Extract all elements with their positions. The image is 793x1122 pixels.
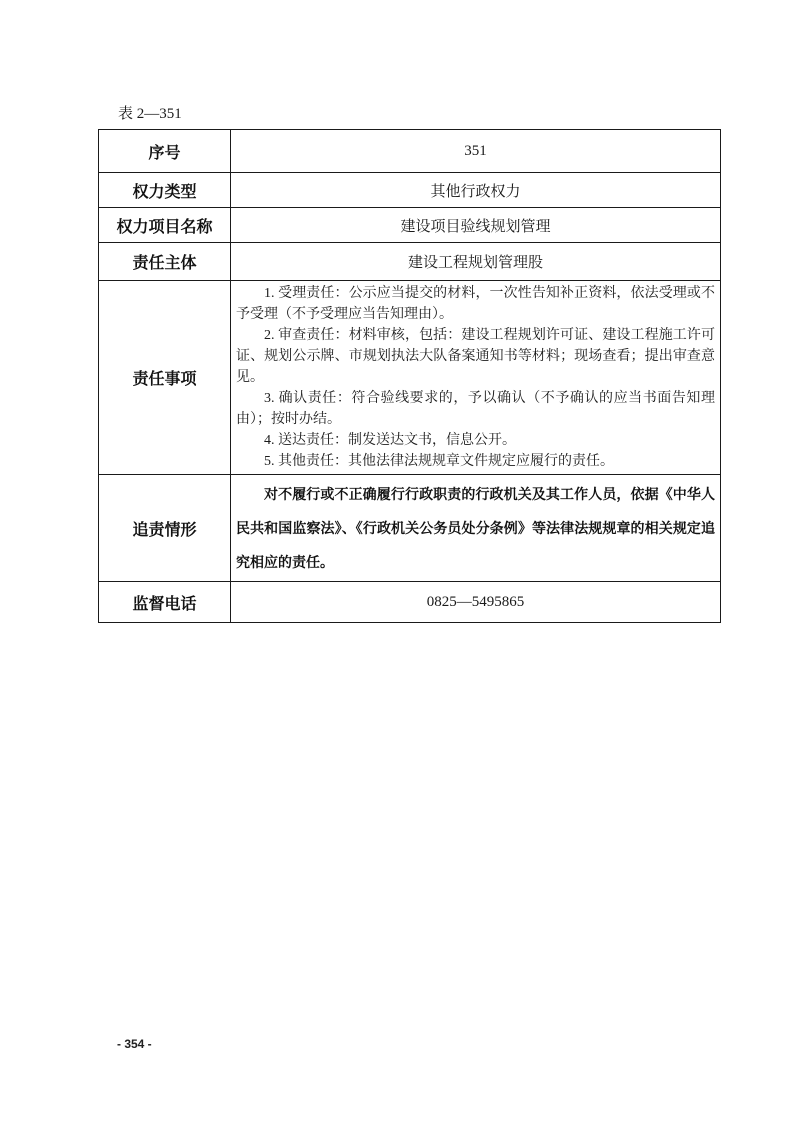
row-serial-number: 序号 351 — [99, 130, 721, 173]
responsibility-item: 3. 确认责任：符合验线要求的，予以确认（不予确认的应当书面告知理由）；按时办结… — [236, 388, 715, 430]
row-power-type: 权力类型 其他行政权力 — [99, 173, 721, 208]
row-label: 序号 — [99, 130, 231, 173]
document-page: 表 2—351 序号 351 权力类型 其他行政权力 权力项目名称 建设项目验线… — [0, 0, 793, 1122]
row-value: 1. 受理责任：公示应当提交的材料，一次性告知补正资料，依法受理或不予受理（不予… — [231, 281, 721, 475]
responsibility-item: 5. 其他责任：其他法律法规规章文件规定应履行的责任。 — [236, 451, 715, 472]
row-value: 0825—5495865 — [231, 582, 721, 623]
row-accountability-situations: 追责情形 对不履行或不正确履行行政职责的行政机关及其工作人员，依据《中华人民共和… — [99, 475, 721, 582]
responsibility-item: 1. 受理责任：公示应当提交的材料，一次性告知补正资料，依法受理或不予受理（不予… — [236, 283, 715, 325]
row-value: 对不履行或不正确履行行政职责的行政机关及其工作人员，依据《中华人民共和国监察法》… — [231, 475, 721, 582]
responsibility-item: 2. 审查责任：材料审核，包括：建设工程规划许可证、建设工程施工许可证、规划公示… — [236, 325, 715, 388]
row-label: 责任主体 — [99, 243, 231, 281]
row-label: 权力项目名称 — [99, 208, 231, 243]
row-value: 其他行政权力 — [231, 173, 721, 208]
responsibility-item: 4. 送达责任：制发送达文书，信息公开。 — [236, 430, 715, 451]
responsibility-table: 序号 351 权力类型 其他行政权力 权力项目名称 建设项目验线规划管理 责任主… — [98, 129, 721, 623]
row-label: 责任事项 — [99, 281, 231, 475]
table-caption: 表 2—351 — [118, 102, 182, 123]
row-responsibility-items: 责任事项 1. 受理责任：公示应当提交的材料，一次性告知补正资料，依法受理或不予… — [99, 281, 721, 475]
row-responsible-entity: 责任主体 建设工程规划管理股 — [99, 243, 721, 281]
row-label: 追责情形 — [99, 475, 231, 582]
row-value: 建设项目验线规划管理 — [231, 208, 721, 243]
page-number: - 354 - — [117, 1037, 152, 1051]
row-label: 监督电话 — [99, 582, 231, 623]
row-value: 建设工程规划管理股 — [231, 243, 721, 281]
row-label: 权力类型 — [99, 173, 231, 208]
row-power-item-name: 权力项目名称 建设项目验线规划管理 — [99, 208, 721, 243]
row-value: 351 — [231, 130, 721, 173]
row-supervision-phone: 监督电话 0825—5495865 — [99, 582, 721, 623]
